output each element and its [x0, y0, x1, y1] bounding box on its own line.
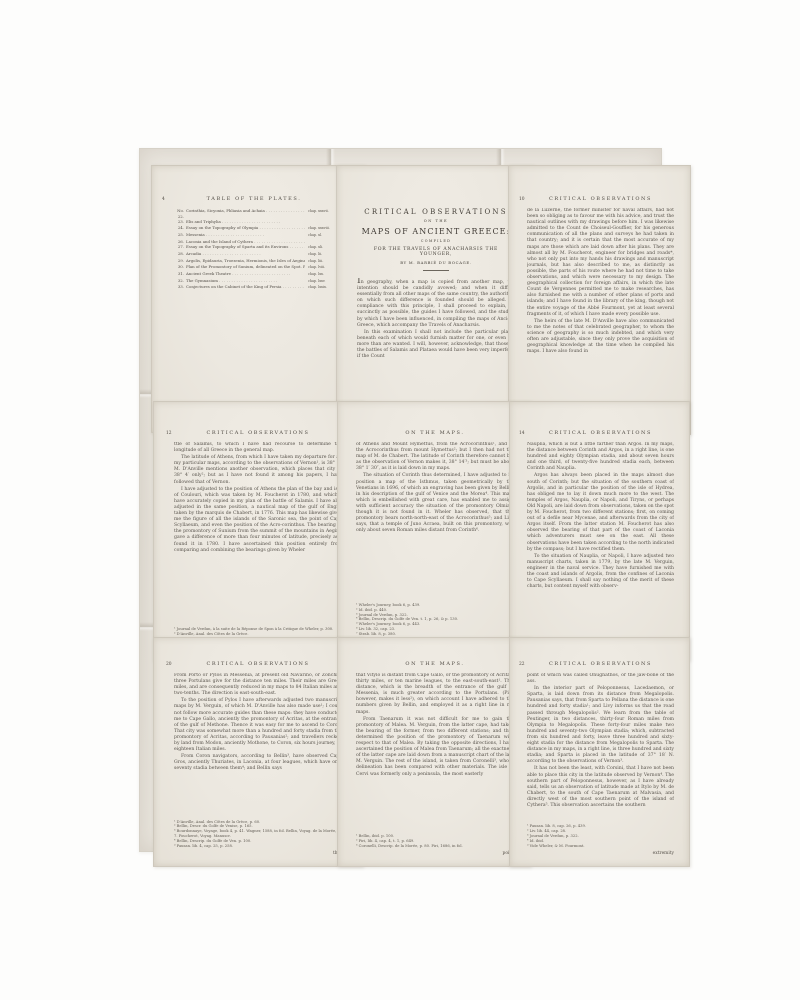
title-line-4: COMPILED: [357, 239, 515, 243]
catchword: that: [174, 851, 342, 857]
plate-title: Argolis, Epidauria, Troezenia, Hermionis…: [186, 258, 305, 264]
plate-title: The Gymnasium: [186, 278, 305, 284]
footnotes: ¹ Bellin, ibid. p. 100. ² Piri, lib. 4, …: [356, 834, 514, 849]
table-row: 28.Arcadiachap. lii.: [170, 251, 338, 258]
body-paragraph: In the interior part of Peloponnesus, La…: [527, 686, 674, 765]
page-number: 4: [162, 197, 165, 202]
page-13: ON THE MAPS. 13 of Athens and Mount Hyme…: [337, 401, 531, 661]
running-header: 4 TABLE OF THE PLATES.: [170, 196, 338, 203]
footnote: ³ Coronelli, Descrip. de la Morée, p. 80…: [356, 844, 514, 849]
page-number: 14: [519, 431, 525, 436]
plate-chapter-ref: chap. xl.: [305, 233, 338, 239]
table-row: No. 22.Corinthia, Sicyonia, Phliasia and…: [170, 208, 338, 219]
body-text: de la Luzerne, the former minister for n…: [527, 208, 674, 406]
catchword: point: [356, 851, 514, 857]
running-header-title: CRITICAL OBSERVATIONS: [549, 430, 652, 436]
plate-chapter-ref: chap. lviii.: [305, 265, 338, 271]
body-paragraph: of Athens and Mount Hymettus, from the A…: [356, 442, 514, 472]
plate-chapter-ref: chap. lxx.: [305, 272, 338, 278]
table-row: 31.Ancient Greek Theatrechap. lxx.: [170, 271, 338, 278]
running-header-title: ON THE MAPS.: [405, 661, 464, 667]
page-table-of-plates: 4 TABLE OF THE PLATES. No. 22.Corinthia,…: [151, 165, 365, 433]
body-paragraph: To the position of Pylos I have afterwar…: [174, 698, 342, 753]
body-paragraph: Argos has always been placed in the maps…: [527, 473, 674, 552]
running-header: 10 CRITICAL OBSERVATIONS: [527, 196, 674, 203]
body-paragraph: In geography, when a map is copied from …: [357, 278, 515, 329]
running-header-title: CRITICAL OBSERVATIONS: [206, 661, 309, 667]
page-number: 22: [519, 662, 525, 667]
footnotes: ¹ Pausan. lib. 8, cap. 26, p. 439. ² Liv…: [527, 824, 674, 849]
footnotes: ¹ D'Anville, Anal. des Côtes de la Grèce…: [174, 820, 342, 849]
title-block: CRITICAL OBSERVATIONS ON THE MAPS OF ANC…: [357, 208, 515, 278]
running-header: 12 CRITICAL OBSERVATIONS: [174, 430, 342, 437]
table-row: 32.The Gymnasiumchap. lxxv.: [170, 278, 338, 285]
body-text: that Vitylo is distant from Cape Gallo, …: [356, 673, 514, 831]
plate-title: Messenia: [186, 232, 305, 238]
plate-chapter-ref: chap. lii.: [305, 252, 338, 258]
title-line-5: FOR THE TRAVELS OF ANACHARSIS THE YOUNGE…: [357, 247, 515, 257]
body-paragraph: that Vitylo is distant from Cape Gallo, …: [356, 673, 514, 716]
running-header: 22 CRITICAL OBSERVATIONS: [527, 661, 674, 668]
plate-chapter-ref: chap. lxxix.: [305, 285, 338, 291]
plate-title: Plan of the Promontory of Sunium, deline…: [186, 264, 305, 270]
body-paragraph: point of which was called Onugnathos, or…: [527, 673, 674, 685]
page-20: 20 CRITICAL OBSERVATIONS From Porto or P…: [153, 637, 363, 867]
body-paragraph: I have adjusted to the position of Athen…: [174, 487, 342, 554]
plate-title: Conjectures on the Cabinet of the King o…: [186, 284, 305, 290]
body-paragraph: ttle of Salamis, to which I have had rec…: [174, 442, 342, 454]
body-text: ttle of Salamis, to which I have had rec…: [174, 442, 342, 624]
table-row: 33.Conjectures on the Cabinet of the Kin…: [170, 284, 338, 291]
page-21: ON THE MAPS. 21 that Vitylo is distant f…: [337, 637, 531, 867]
title-line-2: ON THE: [357, 219, 515, 223]
plate-chapter-ref: chap. liii.: [305, 259, 338, 265]
catchword: extremity: [527, 851, 674, 857]
body-paragraph: It has not been the least, with Corsini,…: [527, 766, 674, 809]
page-10: 10 CRITICAL OBSERVATIONS de la Luzerne, …: [508, 165, 691, 435]
plate-title: Ancient Greek Theatre: [186, 271, 305, 277]
plate-number: 32.: [170, 278, 186, 284]
body-paragraph: From Coron navigators, according to Bell…: [174, 754, 342, 772]
running-header-title: CRITICAL OBSERVATIONS: [206, 430, 309, 436]
footnote: ⁵ Pausan. lib. 4, cap. 25, p. 258.: [174, 844, 342, 849]
body-text: of Athens and Mount Hymettus, from the A…: [356, 442, 514, 600]
title-line-1: CRITICAL OBSERVATIONS: [357, 208, 515, 216]
plate-title: Essay on the Topography of Sparta and it…: [186, 244, 305, 250]
plate-number: 33.: [170, 284, 186, 290]
body-paragraph: From Porto or Pylos in Messenia, at pres…: [174, 673, 342, 697]
page-number: 20: [166, 662, 172, 667]
page-14: 14 CRITICAL OBSERVATIONS Nauplia, which …: [509, 401, 690, 661]
plate-number: 29.: [170, 258, 186, 264]
plate-title: Essay on the Topography of Olympia: [186, 225, 305, 231]
plate-number: 25.: [170, 232, 186, 238]
plate-number: 27.: [170, 244, 186, 250]
plate-chapter-ref: chap. xxxviii.: [305, 226, 338, 232]
plate-number: 30.: [170, 264, 186, 270]
table-row: 25.Messeniachap. xl.: [170, 232, 338, 239]
body-paragraph: In this examination I shall not include …: [357, 330, 515, 360]
page-number: 10: [519, 197, 525, 202]
title-line-6: BY M. BARBIÉ DU BOCAGE.: [357, 260, 515, 265]
scanned-sheet: 4 TABLE OF THE PLATES. No. 22.Corinthia,…: [139, 148, 662, 852]
body-paragraph: The latitude of Athens, from which I hav…: [174, 455, 342, 485]
plate-title: Corinthia, Sicyonia, Phliasia and Achaia: [186, 208, 305, 214]
body-paragraph: From Taenarum it was not difficult for m…: [356, 717, 514, 778]
plate-chapter-ref: chap. xxxvii.: [305, 209, 338, 215]
running-header-title: ON THE MAPS.: [405, 430, 464, 436]
table-row: 30.Plan of the Promontory of Sunium, del…: [170, 264, 338, 271]
running-header: ON THE MAPS. 13: [356, 430, 514, 437]
plate-table: No. 22.Corinthia, Sicyonia, Phliasia and…: [170, 208, 338, 422]
table-row: 24.Essay on the Topography of Olympiacha…: [170, 225, 338, 232]
title-line-3: MAPS OF ANCIENT GREECE:: [357, 227, 515, 236]
footnote: ³ Bourdonnaye, Voyage, book 4, p. 41. Wa…: [174, 829, 342, 839]
body-text: From Porto or Pylos in Messenia, at pres…: [174, 673, 342, 817]
body-text: Nauplia, which is but a little farther t…: [527, 442, 674, 642]
body-paragraph: Nauplia, which is but a little farther t…: [527, 442, 674, 472]
running-header-title: CRITICAL OBSERVATIONS: [549, 196, 652, 202]
body-paragraph: The heirs of the late M. D'Anville have …: [527, 319, 674, 356]
body-paragraph: To the situation of Nauplia, or Napoli, …: [527, 554, 674, 591]
plate-number: No. 22.: [170, 208, 186, 219]
plate-number: 24.: [170, 225, 186, 231]
footnote: ⁵ Vide Wheler, & M. Fourmont.: [527, 844, 674, 849]
page-number: 12: [166, 431, 172, 436]
plate-chapter-ref: chap. lxxv.: [305, 279, 338, 285]
table-row: 27.Essay on the Topography of Sparta and…: [170, 244, 338, 251]
plate-chapter-ref: chap. xli.: [305, 245, 338, 251]
plate-title: Arcadia: [186, 251, 305, 257]
body-paragraph: de la Luzerne, the former minister for n…: [527, 208, 674, 318]
running-header: ON THE MAPS. 21: [356, 661, 514, 668]
title-rule: [423, 270, 449, 271]
table-row: 29.Argolis, Epidauria, Troezenia, Hermio…: [170, 258, 338, 265]
page-12: 12 CRITICAL OBSERVATIONS ttle of Salamis…: [153, 401, 363, 661]
running-header-title: CRITICAL OBSERVATIONS: [549, 661, 652, 667]
plate-number: 31.: [170, 271, 186, 277]
body-paragraph: The situation of Corinth thus determined…: [356, 473, 514, 534]
scan-canvas: 4 TABLE OF THE PLATES. No. 22.Corinthia,…: [0, 0, 800, 1000]
running-header-title: TABLE OF THE PLATES.: [207, 196, 302, 202]
body-text: point of which was called Onugnathos, or…: [527, 673, 674, 821]
running-header: 20 CRITICAL OBSERVATIONS: [174, 661, 342, 668]
running-header: 14 CRITICAL OBSERVATIONS: [527, 430, 674, 437]
plate-number: 28.: [170, 251, 186, 257]
page-22: 22 CRITICAL OBSERVATIONS point of which …: [509, 637, 690, 867]
